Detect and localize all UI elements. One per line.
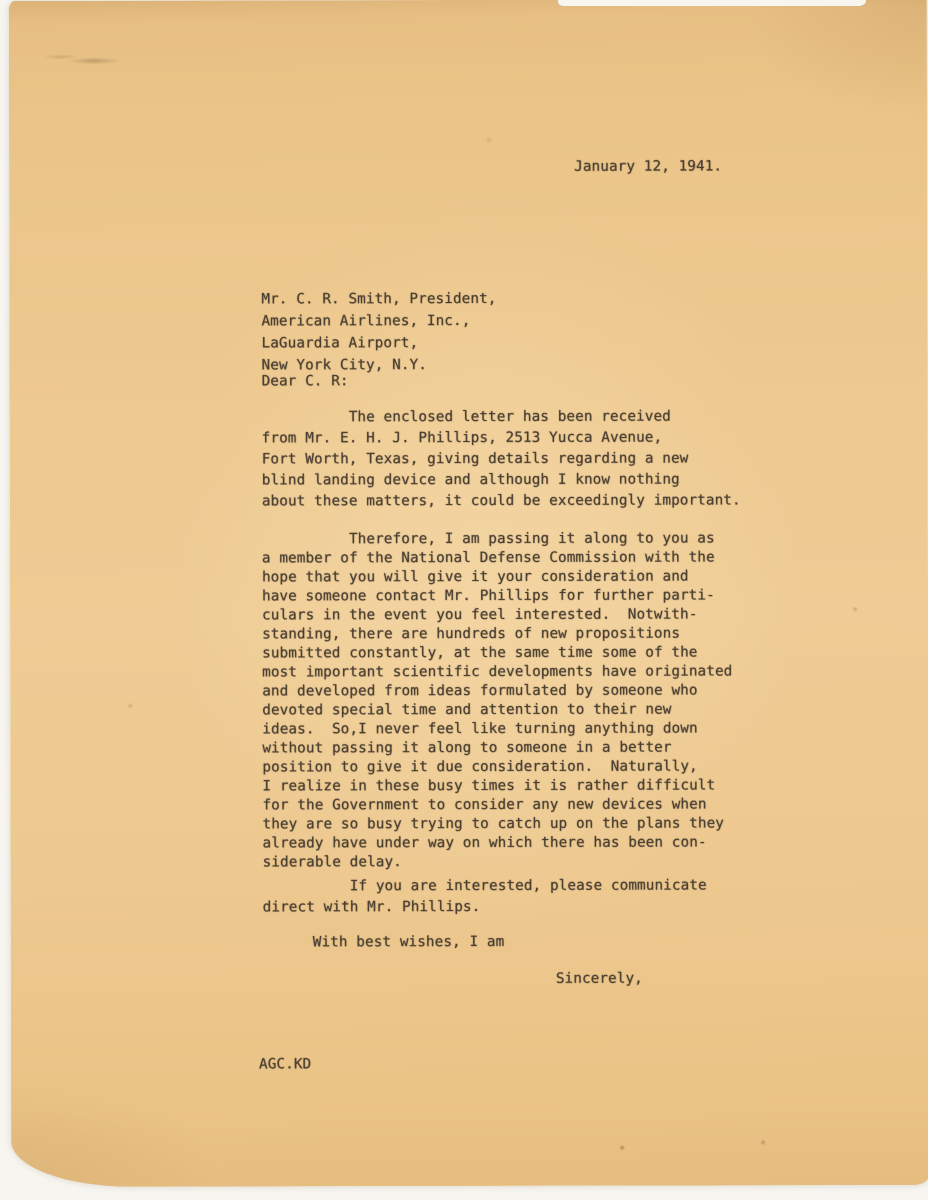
recipient-address: Mr. C. R. Smith, President, American Air… <box>261 288 496 376</box>
letter-date: January 12, 1941. <box>574 156 722 177</box>
scan-edge-gap <box>558 0 866 6</box>
body-paragraph-2: Therefore, I am passing it along to you … <box>262 529 733 872</box>
closing-word: Sincerely, <box>556 969 643 990</box>
body-paragraph-1: The enclosed letter has been received fr… <box>262 406 741 512</box>
reference-initials: AGC.KD <box>259 1054 311 1075</box>
body-paragraph-3: If you are interested, please communicat… <box>263 876 707 919</box>
letter-paper: January 12, 1941. Mr. C. R. Smith, Presi… <box>9 0 928 1187</box>
pre-closing-line: With best wishes, I am <box>313 932 505 953</box>
salutation: Dear C. R: <box>262 371 349 392</box>
letter-scan: January 12, 1941. Mr. C. R. Smith, Presi… <box>0 0 928 1200</box>
